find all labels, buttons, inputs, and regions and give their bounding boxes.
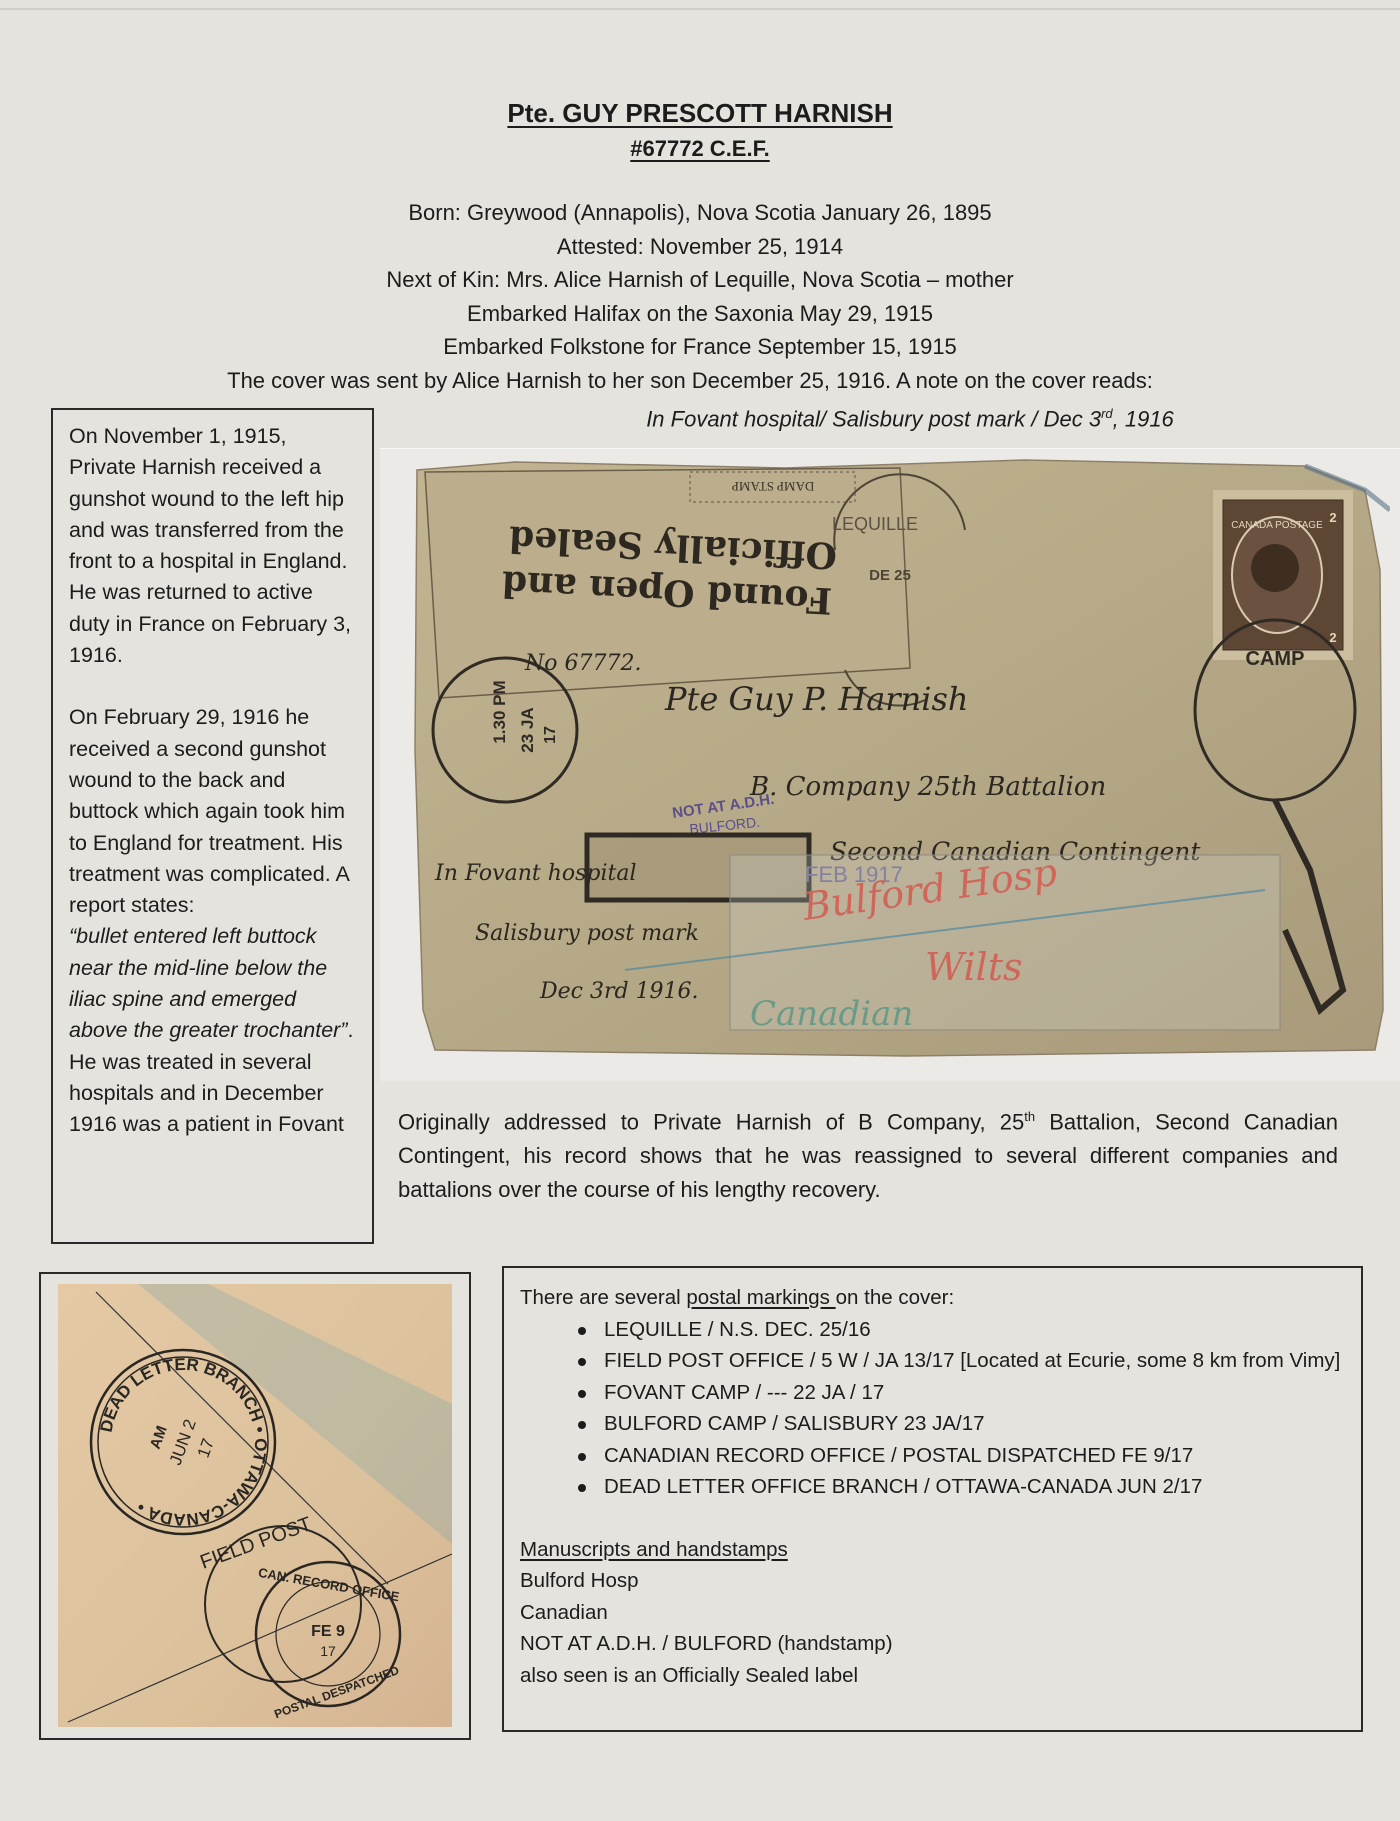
svg-text:Pte Guy P. Harnish: Pte Guy P. Harnish	[664, 680, 968, 718]
svg-text:2: 2	[1329, 630, 1336, 645]
caption-sup: th	[1024, 1109, 1035, 1124]
intro-text-end: on the cover:	[836, 1286, 955, 1309]
svg-text:CANADA POSTAGE: CANADA POSTAGE	[1231, 520, 1323, 531]
cover-note-sup: rd	[1101, 406, 1113, 421]
postal-markings-underlined: postal markings	[686, 1286, 835, 1309]
postal-markings-list: LEQUILLE / N.S. DEC. 25/16 FIELD POST OF…	[520, 1314, 1361, 1503]
postal-markings-intro: There are several postal markings on the…	[520, 1282, 1361, 1314]
envelope-cover-image: DAMP STAMP Officially Sealed Found Open …	[405, 450, 1390, 1060]
red-manuscript-wilts: Wilts	[925, 945, 1022, 989]
svg-text:1.30 PM: 1.30 PM	[490, 680, 509, 743]
manuscript-item: Bulford Hosp	[520, 1565, 1361, 1597]
svg-text:2: 2	[1329, 510, 1336, 525]
bio-cover-sent: The cover was sent by Alice Harnish to h…	[0, 364, 1400, 398]
svg-text:No 67772.: No 67772.	[524, 651, 641, 676]
cover-note-end: , 1916	[1113, 406, 1174, 431]
marking-item: CANADIAN RECORD OFFICE / POSTAL DISPATCH…	[580, 1440, 1361, 1472]
service-number-text: #67772 C.E.F.	[630, 136, 769, 161]
caption-text: Originally addressed to Private Harnish …	[398, 1109, 1024, 1134]
svg-text:Salisbury post mark: Salisbury post mark	[475, 921, 699, 946]
svg-text:CAMP: CAMP	[1246, 648, 1305, 670]
cover-note-text: In Fovant hospital/ Salisbury post mark …	[646, 406, 1101, 431]
marking-item: DEAD LETTER OFFICE BRANCH / OTTAWA-CANAD…	[580, 1471, 1361, 1503]
wound-paragraph-2: On February 29, 1916 he received a secon…	[69, 702, 358, 1140]
bio-embarked-folkstone: Embarked Folkstone for France September …	[0, 330, 1400, 364]
svg-text:DE 25: DE 25	[869, 567, 911, 584]
svg-text:FE 9: FE 9	[311, 1623, 345, 1640]
wound-history-box: On November 1, 1915, Private Harnish rec…	[51, 408, 374, 1244]
manuscripts-heading: Manuscripts and handstamps	[520, 1534, 1361, 1566]
svg-text:B. Company 25th Battalion: B. Company 25th Battalion	[749, 772, 1106, 802]
wound-paragraph-1: On November 1, 1915, Private Harnish rec…	[69, 421, 358, 671]
green-manuscript-canadian: Canadian	[750, 994, 913, 1034]
svg-text:23 JA: 23 JA	[518, 707, 537, 752]
marking-item: LEQUILLE / N.S. DEC. 25/16	[580, 1314, 1361, 1346]
manuscript-item: Canadian	[520, 1597, 1361, 1629]
back-of-cover-box: DEAD LETTER BRANCH • OTTAWA-CANADA • AM …	[39, 1272, 471, 1740]
spacer	[520, 1503, 1361, 1534]
cover-caption: Originally addressed to Private Harnish …	[398, 1100, 1338, 1207]
marking-item: FIELD POST OFFICE / 5 W / JA 13/17 [Loca…	[580, 1345, 1361, 1377]
manuscript-item: NOT AT A.D.H. / BULFORD (handstamp)	[520, 1628, 1361, 1660]
svg-text:17: 17	[542, 726, 559, 744]
bio-attested: Attested: November 25, 1914	[0, 230, 1400, 264]
bio-next-of-kin: Next of Kin: Mrs. Alice Harnish of Lequi…	[0, 263, 1400, 297]
svg-text:LEQUILLE: LEQUILLE	[832, 514, 918, 534]
svg-text:17: 17	[320, 1643, 336, 1659]
bio-born: Born: Greywood (Annapolis), Nova Scotia …	[0, 196, 1400, 230]
svg-text:Dec 3rd 1916.: Dec 3rd 1916.	[539, 979, 699, 1004]
bio-embarked-halifax: Embarked Halifax on the Saxonia May 29, …	[0, 297, 1400, 331]
biography-block: Born: Greywood (Annapolis), Nova Scotia …	[0, 196, 1400, 436]
back-of-cover-image: DEAD LETTER BRANCH • OTTAWA-CANADA • AM …	[58, 1284, 452, 1727]
postal-markings-box: There are several postal markings on the…	[502, 1266, 1363, 1732]
service-number: #67772 C.E.F.	[0, 136, 1400, 162]
wound-paragraph-2-start: On February 29, 1916 he received a secon…	[69, 705, 349, 917]
manuscript-item: also seen is an Officially Sealed label	[520, 1660, 1361, 1692]
page-title: Pte. GUY PRESCOTT HARNISH	[0, 98, 1400, 129]
svg-text:In Fovant hospital: In Fovant hospital	[434, 861, 637, 886]
title-text: Pte. GUY PRESCOTT HARNISH	[507, 98, 892, 128]
marking-item: BULFORD CAMP / SALISBURY 23 JA/17	[580, 1408, 1361, 1440]
marking-item: FOVANT CAMP / --- 22 JA / 17	[580, 1377, 1361, 1409]
medical-report-quote: “bullet entered left buttock near the mi…	[69, 924, 347, 1042]
svg-text:DAMP STAMP: DAMP STAMP	[732, 479, 815, 494]
officially-sealed-label: DAMP STAMP Officially Sealed Found Open …	[425, 468, 910, 698]
intro-text: There are several	[520, 1286, 686, 1309]
